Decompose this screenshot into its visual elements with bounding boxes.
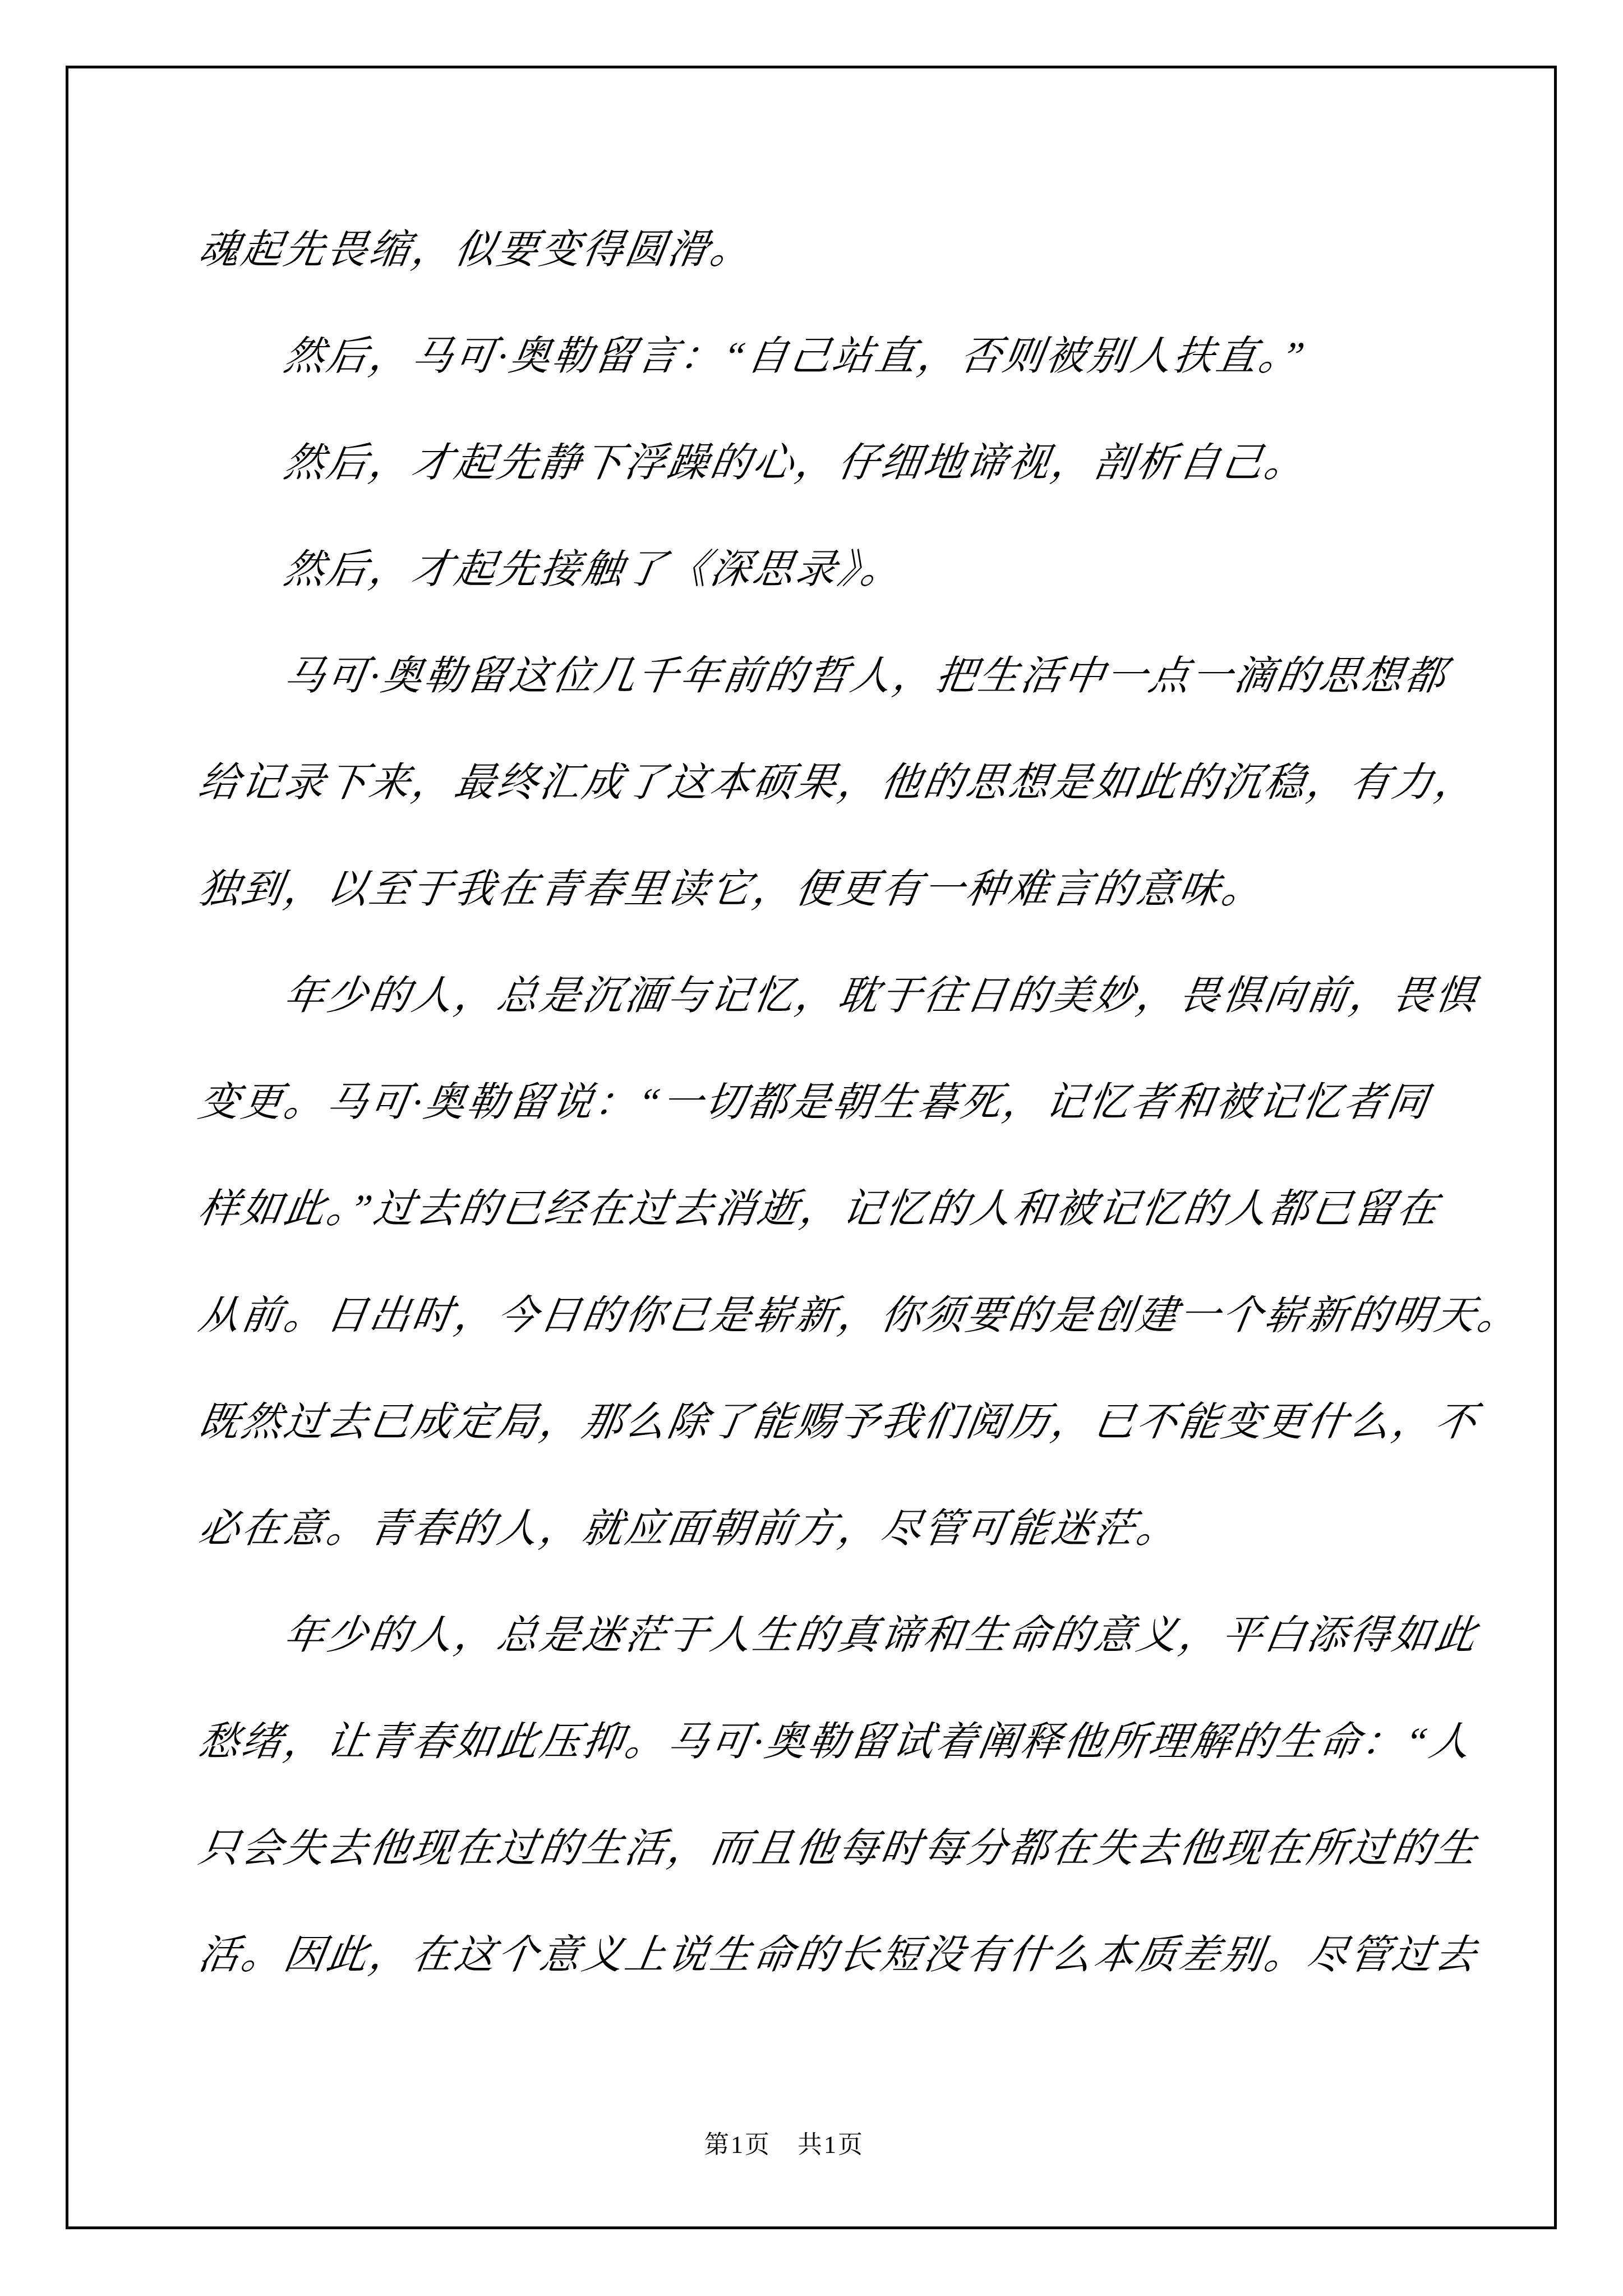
- text-line: 独到，以至于我在青春里读它，便更有一种难言的意味。: [197, 836, 1532, 942]
- body-text-block: 魂起先畏缩，似要变得圆滑。然后，马可·奥勒留言：“自己站直，否则被别人扶直。”然…: [197, 196, 1532, 2008]
- text-line: 只会失去他现在过的生活，而且他每时每分都在失去他现在所过的生: [197, 1795, 1532, 1902]
- text-line-glyphs: 变更。马可·奥勒留说：“一切都是朝生暮死，记忆者和被记忆者同: [191, 1049, 1438, 1156]
- text-line: 然后，马可·奥勒留言：“自己站直，否则被别人扶直。”: [197, 303, 1532, 409]
- text-line-glyphs: 活。因此，在这个意义上说生命的长短没有什么本质差别。尽管过去: [191, 1902, 1486, 2008]
- text-line-glyphs: 既然过去已成定局，那么除了能赐予我们阅历，已不能变更什么，不: [191, 1369, 1486, 1475]
- text-line-glyphs: 马可·奥勒留这位几千年前的哲人，把生活中一点一滴的思想都: [276, 623, 1456, 729]
- text-line-glyphs: 只会失去他现在过的生活，而且他每时每分都在失去他现在所过的生: [191, 1795, 1486, 1902]
- text-line-glyphs: 给记录下来，最终汇成了这本硕果，他的思想是如此的沉稳，有力，: [191, 729, 1486, 836]
- text-line: 变更。马可·奥勒留说：“一切都是朝生暮死，记忆者和被记忆者同: [197, 1049, 1532, 1156]
- text-line-glyphs: 魂起先畏缩，似要变得圆滑。: [191, 196, 762, 303]
- text-line-glyphs: 从前。日出时，今日的你已是崭新，你须要的是创建一个崭新的明天。: [191, 1262, 1529, 1369]
- text-line-glyphs: 愁绪，让青春如此压抑。马可·奥勒留试着阐释他所理解的生命：“人: [191, 1688, 1481, 1795]
- document-page: { "document": { "background_color": "#ff…: [0, 0, 1623, 2296]
- text-line: 样如此。”过去的已经在过去消逝，记忆的人和被记忆的人都已留在: [197, 1156, 1532, 1262]
- text-line-glyphs: 年少的人，总是迷茫于人生的真谛和生命的意义，平白添得如此: [276, 1582, 1486, 1688]
- text-line: 愁绪，让青春如此压抑。马可·奥勒留试着阐释他所理解的生命：“人: [197, 1688, 1532, 1795]
- text-line: 必在意。青春的人，就应面朝前方，尽管可能迷茫。: [197, 1475, 1532, 1582]
- text-line: 既然过去已成定局，那么除了能赐予我们阅历，已不能变更什么，不: [197, 1369, 1532, 1475]
- text-line: 活。因此，在这个意义上说生命的长短没有什么本质差别。尽管过去: [197, 1902, 1532, 2008]
- text-line-glyphs: 然后，才起先静下浮躁的心，仔细地谛视，剖析自己。: [276, 409, 1316, 516]
- text-line: 年少的人，总是迷茫于人生的真谛和生命的意义，平白添得如此: [197, 1582, 1532, 1688]
- text-line-glyphs: 必在意。青春的人，就应面朝前方，尽管可能迷茫。: [191, 1475, 1188, 1582]
- page-footer: 第1页 共1页: [704, 2121, 864, 2169]
- text-line: 然后，才起先静下浮躁的心，仔细地谛视，剖析自己。: [197, 409, 1532, 516]
- text-line: 魂起先畏缩，似要变得圆滑。: [197, 196, 1532, 303]
- text-line-glyphs: 然后，马可·奥勒留言：“自己站直，否则被别人扶直。”: [276, 303, 1315, 409]
- text-line: 年少的人，总是沉湎与记忆，耽于往日的美妙，畏惧向前，畏惧: [197, 942, 1532, 1049]
- text-line-glyphs: 然后，才起先接触了《深思录》。: [276, 516, 912, 623]
- text-line: 然后，才起先接触了《深思录》。: [197, 516, 1532, 623]
- text-line-glyphs: 独到，以至于我在青春里读它，便更有一种难言的意味。: [191, 836, 1273, 942]
- text-line: 给记录下来，最终汇成了这本硕果，他的思想是如此的沉稳，有力，: [197, 729, 1532, 836]
- text-line-glyphs: 样如此。”过去的已经在过去消逝，记忆的人和被记忆的人都已留在: [191, 1156, 1448, 1262]
- text-line-glyphs: 年少的人，总是沉湎与记忆，耽于往日的美妙，畏惧向前，畏惧: [276, 942, 1486, 1049]
- text-line: 马可·奥勒留这位几千年前的哲人，把生活中一点一滴的思想都: [197, 623, 1532, 729]
- text-line: 从前。日出时，今日的你已是崭新，你须要的是创建一个崭新的明天。: [197, 1262, 1532, 1369]
